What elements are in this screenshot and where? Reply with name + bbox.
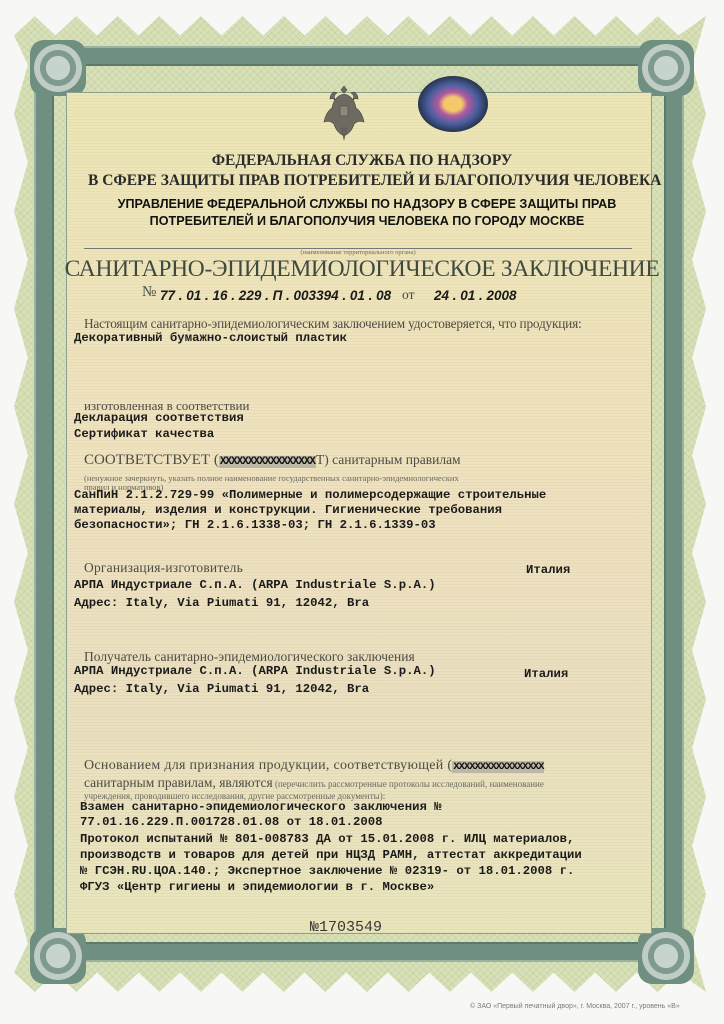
document-title: САНИТАРНО-ЭПИДЕМИОЛОГИЧЕСКОЕ ЗАКЛЮЧЕНИЕ bbox=[0, 256, 724, 283]
recipient-address: Адрес: Italy, Via Piumati 91, 12042, Bra bbox=[74, 682, 369, 696]
recipient-name: АРПА Индустриале С.п.А. (ARPA Industrial… bbox=[74, 664, 436, 678]
compliance-prefix: СООТВЕТСТВУЕТ ( bbox=[84, 452, 219, 468]
grounds-intro: Основанием для признания продукции, соот… bbox=[84, 758, 452, 773]
printer-imprint: © ЗАО «Первый печатный двор», г. Москва,… bbox=[470, 1003, 680, 1010]
form-serial-number: №1703549 bbox=[310, 919, 382, 936]
compliance-suffix: Т) санитарным правилам bbox=[316, 452, 461, 467]
document-date: 24 . 01 . 2008 bbox=[434, 288, 517, 303]
ornament-corner-icon bbox=[638, 928, 694, 984]
grounds-item-6: ФГУЗ «Центр гигиены и эпидемиологии в г.… bbox=[80, 880, 434, 894]
grounds-line-2: санитарным правилам, являются (перечисли… bbox=[84, 775, 544, 791]
grounds-line-2-main: санитарным правилам, являются bbox=[84, 775, 273, 790]
recipient-label: Получатель санитарно-эпидемиологического… bbox=[84, 649, 415, 665]
office-line-1: УПРАВЛЕНИЕ ФЕДЕРАЛЬНОЙ СЛУЖБЫ ПО НАДЗОРУ… bbox=[80, 197, 654, 211]
grounds-item-5: № ГСЭН.RU.ЦОА.140.; Экспертное заключени… bbox=[80, 864, 574, 878]
security-hologram-icon bbox=[418, 76, 488, 132]
product-intro: Настоящим санитарно-эпидемиологическим з… bbox=[84, 316, 582, 332]
grounds-caption: (перечислить рассмотренные протоколы исс… bbox=[273, 779, 544, 789]
authority-line-2: В СФЕРЕ ЗАЩИТЫ ПРАВ ПОТРЕБИТЕЛЕЙ И БЛАГО… bbox=[88, 172, 662, 190]
document-number: 77 . 01 . 16 . 229 . П . 003394 . 01 . 0… bbox=[160, 288, 391, 303]
compliance-rule-line-1: СанПиН 2.1.2.729-99 «Полимерные и полиме… bbox=[74, 488, 546, 502]
compliance-statement: СООТВЕТСТВУЕТ (XXXXXXXXXXXXXXXXXТ) санит… bbox=[84, 452, 461, 469]
manufacturer-name: АРПА Индустриале С.п.А. (ARPA Industrial… bbox=[74, 578, 436, 592]
compliance-rule-line-2: материалы, изделия и конструкции. Гигиен… bbox=[74, 503, 502, 517]
compliance-rule-line-3: безопасности»; ГН 2.1.6.1338-03; ГН 2.1.… bbox=[74, 518, 436, 532]
grounds-redacted: XXXXXXXXXXXXXXXXX bbox=[452, 761, 544, 773]
compliance-redacted: XXXXXXXXXXXXXXXXX bbox=[219, 456, 316, 468]
manufacturer-label: Организация-изготовитель bbox=[84, 560, 243, 576]
office-caption: (наименование территориального органа) bbox=[84, 249, 632, 256]
ornament-corner-icon bbox=[638, 40, 694, 96]
grounds-item-4: производств и товаров для детей при НЦЗД… bbox=[80, 848, 582, 862]
ornament-corner-icon bbox=[30, 928, 86, 984]
manufacturer-country: Италия bbox=[526, 563, 570, 577]
office-line-2: ПОТРЕБИТЕЛЕЙ И БЛАГОПОЛУЧИЯ ЧЕЛОВЕКА ПО … bbox=[80, 214, 654, 228]
date-prefix: от bbox=[402, 287, 414, 303]
grounds-item-1: Взамен санитарно-эпидемиологического зак… bbox=[80, 800, 442, 814]
grounds-line-1: Основанием для признания продукции, соот… bbox=[84, 758, 544, 774]
number-prefix: № bbox=[142, 284, 156, 301]
double-headed-eagle-emblem-icon bbox=[322, 82, 366, 144]
manufactured-doc-1: Декларация соответствия bbox=[74, 411, 244, 425]
product-name: Декоративный бумажно-слоистый пластик bbox=[74, 331, 347, 345]
manufacturer-address: Адрес: Italy, Via Piumati 91, 12042, Bra bbox=[74, 596, 369, 610]
manufactured-doc-2: Сертификат качества bbox=[74, 427, 214, 441]
grounds-item-3: Протокол испытаний № 801-008783 ДА от 15… bbox=[80, 832, 574, 846]
authority-line-1: ФЕДЕРАЛЬНАЯ СЛУЖБА ПО НАДЗОРУ bbox=[0, 152, 724, 170]
grounds-item-2: 77.01.16.229.П.001728.01.08 от 18.01.200… bbox=[80, 815, 383, 829]
recipient-country: Италия bbox=[524, 667, 568, 681]
ornament-corner-icon bbox=[30, 40, 86, 96]
